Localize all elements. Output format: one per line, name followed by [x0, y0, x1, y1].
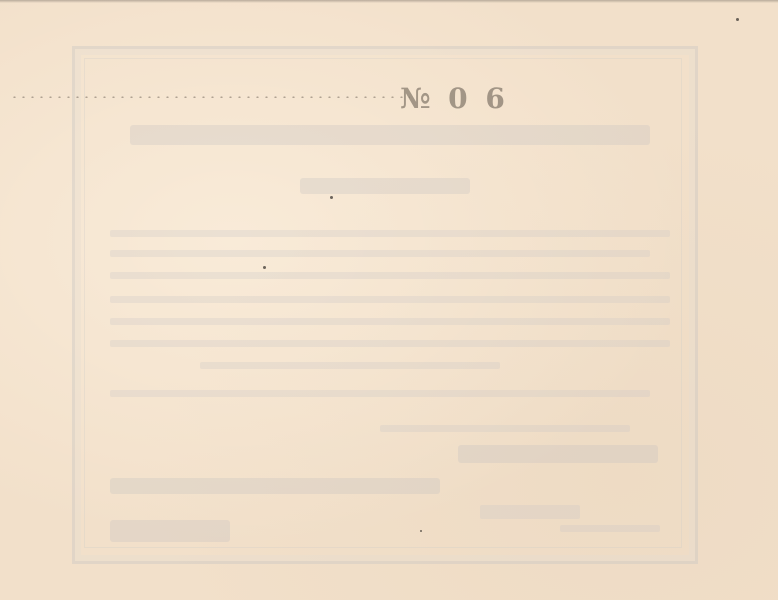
- ghost-text-line: [110, 340, 670, 347]
- ink-speck: [420, 530, 422, 532]
- ghost-text-line: [200, 362, 500, 369]
- ghost-title-line: [130, 125, 650, 145]
- paper-top-edge: [0, 0, 778, 3]
- ghost-text-line: [110, 250, 650, 257]
- ink-speck: [263, 266, 266, 269]
- ghost-text-line: [110, 296, 670, 303]
- ink-speck: [736, 18, 739, 21]
- stamp-number: № 0 6: [400, 82, 509, 115]
- ghost-text-line: [380, 425, 630, 432]
- ghost-signature-line: [110, 478, 440, 494]
- ghost-seal: [480, 505, 580, 519]
- ghost-subtitle-line: [300, 178, 470, 194]
- ghost-text-line: [560, 525, 660, 532]
- ink-speck: [330, 196, 333, 199]
- ghost-text-line: [110, 318, 670, 325]
- stamp-dotted-leader: [10, 96, 410, 98]
- ghost-text-line: [110, 272, 670, 279]
- ghost-text-line: [110, 390, 650, 397]
- ghost-signature-mark: [110, 520, 230, 542]
- ghost-signature-heading: [458, 445, 658, 463]
- ghost-text-line: [110, 230, 670, 237]
